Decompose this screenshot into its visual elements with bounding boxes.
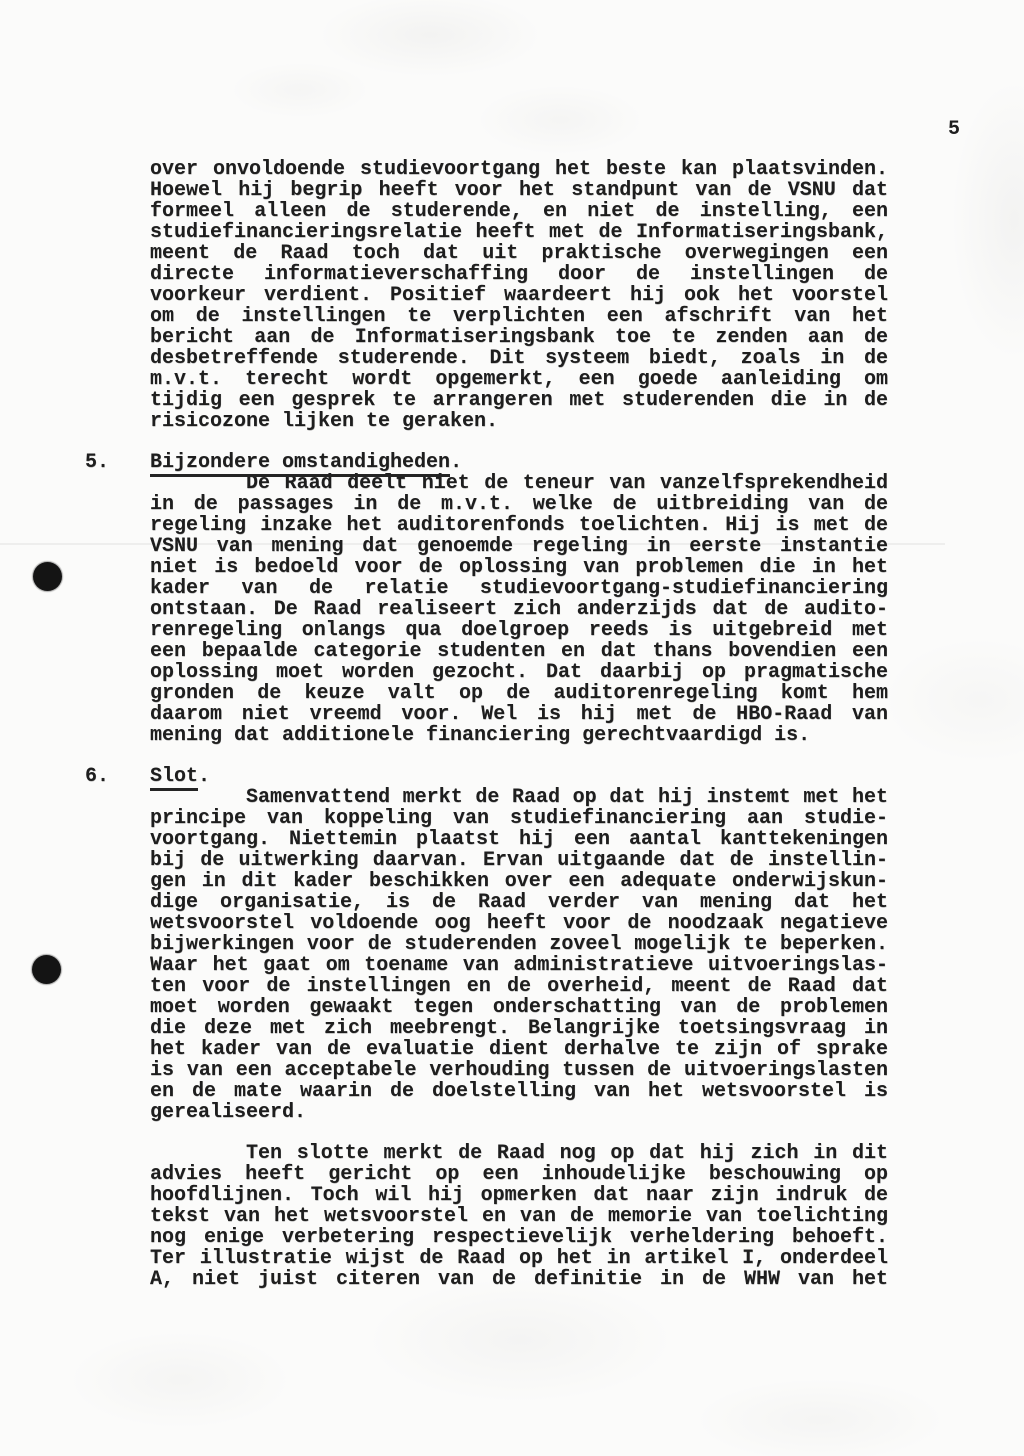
text-line: oplossing moet worden gezocht. Dat daarb… xyxy=(150,662,888,683)
section-title-suffix: . xyxy=(450,451,462,474)
text-line: over onvoldoende studievoortgang het bes… xyxy=(150,159,888,180)
text-line: een bepaalde categorie studenten en dat … xyxy=(150,641,888,662)
text-line: mening dat additionele financiering gere… xyxy=(150,725,888,746)
text-line: tekst van het wetsvoorstel en van de mem… xyxy=(150,1206,888,1227)
section-heading: 5.Bijzondere omstandigheden. xyxy=(150,452,888,473)
text-line: tijdig een gesprek te arrangeren met stu… xyxy=(150,390,888,411)
text-line: Waar het gaat om toename van administrat… xyxy=(150,955,888,976)
text-line: bij de uitwerking daarvan. Ervan uitgaan… xyxy=(150,850,888,871)
text-line: Ten slotte merkt de Raad nog op dat hij … xyxy=(150,1143,888,1164)
text-line: studiefinancieringsrelatie heeft met de … xyxy=(150,222,888,243)
text-line: en de mate waarin de doelstelling van he… xyxy=(150,1081,888,1102)
text-line: Samenvattend merkt de Raad op dat hij in… xyxy=(150,787,888,808)
text-line: regeling inzake het auditorenfonds toeli… xyxy=(150,515,888,536)
text-line: Hoewel hij begrip heeft voor het standpu… xyxy=(150,180,888,201)
text-line: bericht aan de Informatiseringsbank toe … xyxy=(150,327,888,348)
text-line: Ter illustratie wijst de Raad op het in … xyxy=(150,1248,888,1269)
text-line: moet worden gewaakt tegen onderschatting… xyxy=(150,997,888,1018)
text-line: ten voor de instellingen en de overheid,… xyxy=(150,976,888,997)
punch-hole xyxy=(32,955,61,984)
section-number: 6. xyxy=(85,766,109,787)
text-line: in de passages in de m.v.t. welke de uit… xyxy=(150,494,888,515)
section-title-suffix: . xyxy=(198,765,210,788)
text-line: gronden de keuze valt op de auditorenreg… xyxy=(150,683,888,704)
paragraph: Samenvattend merkt de Raad op dat hij in… xyxy=(150,787,888,1123)
text-line: die deze met zich meebrengt. Belangrijke… xyxy=(150,1018,888,1039)
section-title: Bijzondere omstandigheden xyxy=(150,451,450,477)
punch-hole xyxy=(33,562,62,591)
section-number: 5. xyxy=(85,452,109,473)
text-line: directe informatieverschaffing door de i… xyxy=(150,264,888,285)
text-line: kader van de relatie studievoortgang-stu… xyxy=(150,578,888,599)
text-line: desbetreffende studerende. Dit systeem b… xyxy=(150,348,888,369)
text-line: ontstaan. De Raad realiseert zich anderz… xyxy=(150,599,888,620)
text-line: dige organisatie, is de Raad verder van … xyxy=(150,892,888,913)
text-line: meent de Raad toch dat uit praktische ov… xyxy=(150,243,888,264)
text-line: risicozone lijken te geraken. xyxy=(150,411,888,432)
text-line: hoofdlijnen. Toch wil hij opmerken dat n… xyxy=(150,1185,888,1206)
text-line: VSNU van mening dat genoemde regeling in… xyxy=(150,536,888,557)
paragraph: Ten slotte merkt de Raad nog op dat hij … xyxy=(150,1143,888,1290)
text-line: A, niet juist citeren van de definitie i… xyxy=(150,1269,888,1290)
text-line: om de instellingen te verplichten een af… xyxy=(150,306,888,327)
paragraph: over onvoldoende studievoortgang het bes… xyxy=(150,159,888,432)
text-line: gerealiseerd. xyxy=(150,1102,888,1123)
text-line: nog enige verbetering respectievelijk ve… xyxy=(150,1227,888,1248)
document-text-column: over onvoldoende studievoortgang het bes… xyxy=(150,159,888,1290)
text-line: voorkeur verdient. Positief waardeert hi… xyxy=(150,285,888,306)
text-line: is van een acceptabele verhouding tussen… xyxy=(150,1060,888,1081)
section-title: Slot xyxy=(150,765,198,791)
text-line: m.v.t. terecht wordt opgemerkt, een goed… xyxy=(150,369,888,390)
text-line: niet is bedoeld voor de oplossing van pr… xyxy=(150,557,888,578)
text-line: daarom niet vreemd voor. Wel is hij met … xyxy=(150,704,888,725)
text-line: renregeling onlangs qua doelgroep reeds … xyxy=(150,620,888,641)
text-line: formeel alleen de studerende, en niet de… xyxy=(150,201,888,222)
page-number: 5 xyxy=(948,119,960,140)
text-line: gen in dit kader beschikken over een ade… xyxy=(150,871,888,892)
paragraph: De Raad deelt niet de teneur van vanzelf… xyxy=(150,473,888,746)
text-line: bijwerkingen voor de studerenden zoveel … xyxy=(150,934,888,955)
section-heading: 6.Slot. xyxy=(150,766,888,787)
text-line: advies heeft gericht op een inhoudelijke… xyxy=(150,1164,888,1185)
text-line: wetsvoorstel voldoende oog heeft voor de… xyxy=(150,913,888,934)
scanned-document-page: { "page_number": "5", "document": { "blo… xyxy=(0,0,1024,1456)
text-line: het kader van de evaluatie dient derhalv… xyxy=(150,1039,888,1060)
text-line: voortgang. Niettemin plaatst hij een aan… xyxy=(150,829,888,850)
text-line: principe van koppeling van studiefinanci… xyxy=(150,808,888,829)
